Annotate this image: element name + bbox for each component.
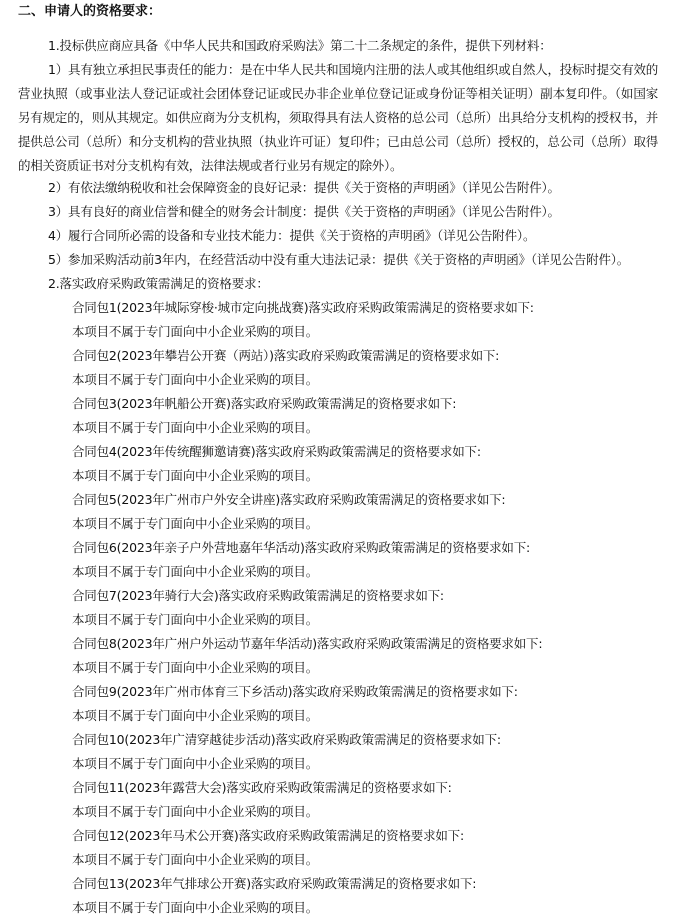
item1-sub1-text: 1）具有独立承担民事责任的能力：是在中华人民共和国境内注册的法人或其他组织或自然… [18,62,658,173]
package-10-note: 本项目不属于专门面向中小企业采购的项目。 [72,754,318,774]
package-8-title: 合同包8(2023年广州户外运动节嘉年华活动)落实政府采购政策需满足的资格要求如… [72,634,542,654]
package-4-note: 本项目不属于专门面向中小企业采购的项目。 [72,466,318,486]
section-title: 二、申请人的资格要求： [18,2,161,22]
package-3-title: 合同包3(2023年帆船公开赛)落实政府采购政策需满足的资格要求如下: [72,394,456,414]
package-6-title: 合同包6(2023年亲子户外营地嘉年华活动)落实政府采购政策需满足的资格要求如下… [72,538,530,558]
package-11-note: 本项目不属于专门面向中小企业采购的项目。 [72,802,318,822]
package-9-note: 本项目不属于专门面向中小企业采购的项目。 [72,706,318,726]
item1-sub3: 3）具有良好的商业信誉和健全的财务会计制度：提供《关于资格的声明函》（详见公告附… [48,202,560,222]
item1-sub1-paragraph: 1）具有独立承担民事责任的能力：是在中华人民共和国境内注册的法人或其他组织或自然… [18,58,658,178]
package-2-note: 本项目不属于专门面向中小企业采购的项目。 [72,370,318,390]
package-8-note: 本项目不属于专门面向中小企业采购的项目。 [72,658,318,678]
package-5-title: 合同包5(2023年广州市户外安全讲座)落实政府采购政策需满足的资格要求如下: [72,490,505,510]
item2-heading: 2.落实政府采购政策需满足的资格要求： [48,274,269,294]
package-12-note: 本项目不属于专门面向中小企业采购的项目。 [72,850,318,870]
qualification-requirements-document: 二、申请人的资格要求： 1.投标供应商应具备《中华人民共和国政府采购法》第二十二… [0,0,674,921]
package-11-title: 合同包11(2023年露营大会)落实政府采购政策需满足的资格要求如下: [72,778,452,798]
package-12-title: 合同包12(2023年马术公开赛)落实政府采购政策需满足的资格要求如下: [72,826,464,846]
package-5-note: 本项目不属于专门面向中小企业采购的项目。 [72,514,318,534]
item1-heading: 1.投标供应商应具备《中华人民共和国政府采购法》第二十二条规定的条件，提供下列材… [48,36,552,56]
package-1-title: 合同包1(2023年城际穿梭·城市定向挑战赛)落实政府采购政策需满足的资格要求如… [72,298,534,318]
package-13-note: 本项目不属于专门面向中小企业采购的项目。 [72,898,318,918]
item1-sub5: 5）参加采购活动前3年内，在经营活动中没有重大违法记录：提供《关于资格的声明函》… [48,250,629,270]
package-6-note: 本项目不属于专门面向中小企业采购的项目。 [72,562,318,582]
package-1-note: 本项目不属于专门面向中小企业采购的项目。 [72,322,318,342]
package-2-title: 合同包2(2023年攀岩公开赛（两站）)落实政府采购政策需满足的资格要求如下: [72,346,499,366]
item1-sub2: 2）有依法缴纳税收和社会保障资金的良好记录：提供《关于资格的声明函》（详见公告附… [48,178,560,198]
package-13-title: 合同包13(2023年气排球公开赛)落实政府采购政策需满足的资格要求如下: [72,874,476,894]
item1-sub4: 4）履行合同所必需的设备和专业技术能力：提供《关于资格的声明函》（详见公告附件）… [48,226,535,246]
package-3-note: 本项目不属于专门面向中小企业采购的项目。 [72,418,318,438]
package-7-title: 合同包7(2023年骑行大会)落实政府采购政策需满足的资格要求如下: [72,586,444,606]
package-9-title: 合同包9(2023年广州市体育三下乡活动)落实政府采购政策需满足的资格要求如下: [72,682,518,702]
package-7-note: 本项目不属于专门面向中小企业采购的项目。 [72,610,318,630]
package-10-title: 合同包10(2023年广清穿越徒步活动)落实政府采购政策需满足的资格要求如下: [72,730,501,750]
package-4-title: 合同包4(2023年传统醒狮邀请赛)落实政府采购政策需满足的资格要求如下: [72,442,481,462]
